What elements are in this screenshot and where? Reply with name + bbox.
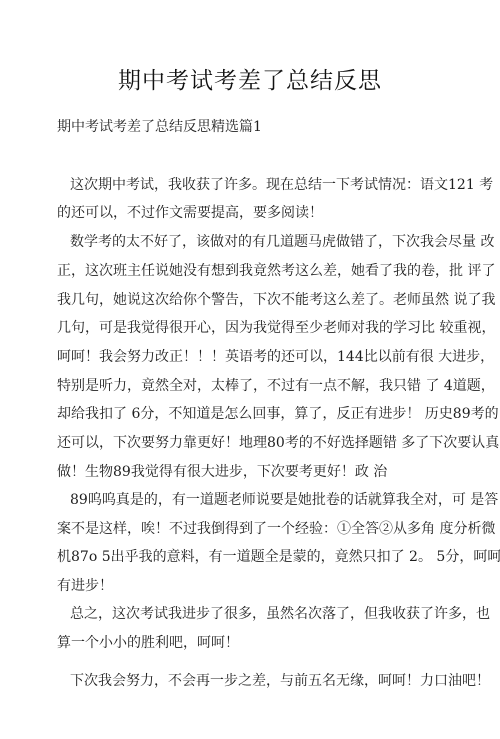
paragraph-line: 我几句，她说这次给你个警告，下次不能考这么差了。老师虽然 说了我 [57, 291, 447, 309]
document-title: 期中考试考差了总结反思 [0, 62, 500, 95]
paragraph-line: 算一个小小的胜利吧，呵呵！ [57, 634, 447, 652]
paragraph-line: 做！生物89我觉得有很大进步，下次要考更好！政 治 [57, 463, 447, 481]
paragraph-line: 机87o 5出乎我的意料，有一道题全是蒙的，竟然只扣了 2。 5分，呵呵 [57, 548, 447, 566]
document-page: 期中考试考差了总结反思 期中考试考差了总结反思精选篇1 这次期中考试，我收获了许… [0, 0, 500, 739]
paragraph-line: 案不是这样，唉！不过我倒得到了一个经验：①全答②从多角 度分析微 [57, 520, 447, 538]
paragraph-line: 几句，可是我觉得很开心，因为我觉得至少老师对我的学习比 较重视， [57, 319, 447, 337]
paragraph-line: 数学考的太不好了，该做对的有几道题马虎做错了，下次我会尽量 改 [70, 233, 447, 251]
paragraph-line: 特别是听力，竟然全对，太棒了，不过有一点不解，我只错 了 4道题， [57, 377, 447, 395]
paragraph-line: 却给我扣了 6分，不知道是怎么回事，算了，反正有进步！ 历史89考的 [57, 405, 447, 423]
paragraph-line: 还可以，下次要努力靠更好！地理80考的不好选择题错 多了下次要认真 [57, 434, 447, 452]
paragraph-line: 有进步！ [57, 577, 447, 595]
paragraph-line: 下次我会努力，不会再一步之差，与前五名无缘，呵呵！力口油吧！ [70, 672, 447, 690]
paragraph-line: 正，这次班主任说她没有想到我竟然考这么差，她看了我的卷，批 评了 [57, 262, 447, 280]
document-subtitle: 期中考试考差了总结反思精选篇1 [57, 116, 262, 136]
paragraph-line: 总之，这次考试我进步了很多，虽然名次落了，但我收获了许多，也 [70, 605, 447, 623]
paragraph-line: 呵呵！我会努力改正！！！英语考的还可以，144比以前有很 大进步， [57, 348, 447, 366]
paragraph-line: 的还可以，不过作文需要提高，要多阅读！ [57, 204, 447, 222]
paragraph-line: 89呜呜真是的，有一道题老师说要是她批卷的话就算我全对，可 是答 [70, 491, 447, 509]
paragraph-line: 这次期中考试，我收获了许多。现在总结一下考试情况：语文121 考 [70, 176, 447, 194]
